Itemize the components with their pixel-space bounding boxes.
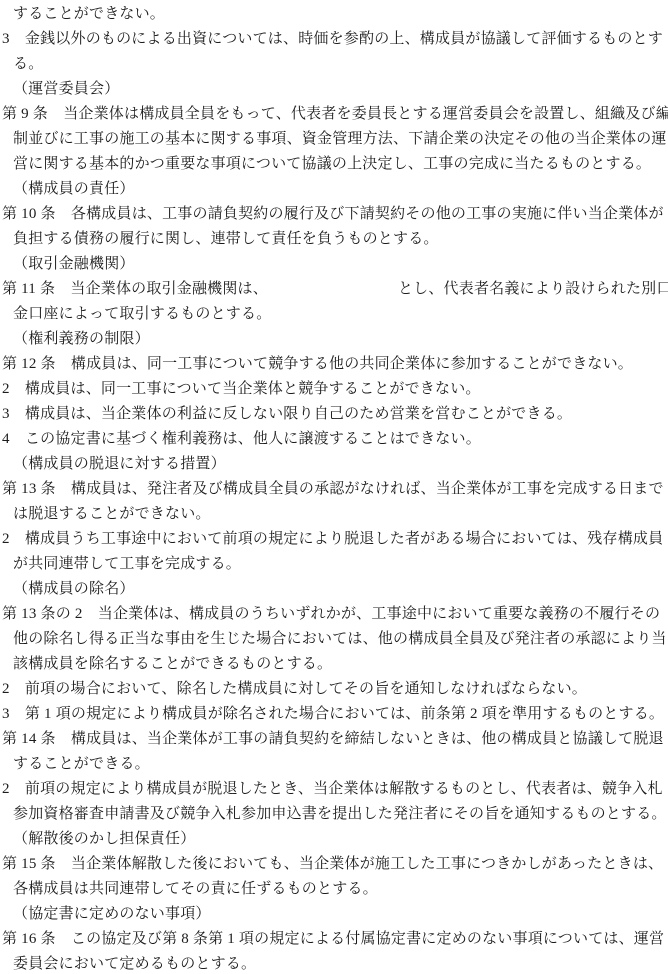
paragraph-line: 2 構成員うち工事途中において前項の規定により脱退した者がある場合においては、残…	[2, 527, 668, 552]
article-caption-line: （構成員の責任）	[13, 177, 668, 202]
paragraph-line: 3 構成員は、当企業体の利益に反しない限り自己のため営業を営むことができる。	[2, 402, 668, 427]
article-line: 第 16 条 この協定及び第 8 条第 1 項の規定による付属協定書に定めのない…	[2, 927, 668, 952]
document-page: することができない。3 金銭以外のものによる出資については、時価を参酌の上、構成…	[0, 0, 668, 974]
article-line: 第 13 条 構成員は、発注者及び構成員全員の承認がなければ、当企業体が工事を完…	[2, 477, 668, 502]
article-line: 第 13 条の 2 当企業体は、構成員のうちいずれかが、工事途中において重要な義…	[2, 602, 668, 627]
continuation-line: 金口座によって取引するものとする。	[13, 302, 668, 327]
continuation-line: 参加資格審査申請書及び競争入札参加申込書を提出した発注者にその旨を通知するものと…	[13, 802, 668, 827]
paragraph-line: 2 前項の規定により構成員が脱退したとき、当企業体は解散するものとし、代表者は、…	[2, 777, 668, 802]
article-caption-line: （構成員の脱退に対する措置）	[13, 452, 668, 477]
fill-in-blank-space	[268, 292, 398, 293]
article-line: 第 12 条 構成員は、同一工事について競争する他の共同企業体に参加することがで…	[2, 352, 668, 377]
article-caption-line: （取引金融機関）	[13, 252, 668, 277]
article-caption-line: （解散後のかし担保責任）	[13, 827, 668, 852]
document-body: することができない。3 金銭以外のものによる出資については、時価を参酌の上、構成…	[2, 2, 668, 974]
continuation-line: することができない。	[13, 2, 668, 27]
continuation-line: が共同連帯して工事を完成する。	[13, 552, 668, 577]
article-line: 第 14 条 構成員は、当企業体が工事の請負契約を締結しないときは、他の構成員と…	[2, 727, 668, 752]
continuation-line: 該構成員を除名することができるものとする。	[13, 652, 668, 677]
continuation-line: 制並びに工事の施工の基本に関する事項、資金管理方法、下請企業の決定その他の当企業…	[13, 127, 668, 152]
article-line: 第 15 条 当企業体解散した後においても、当企業体が施工した工事につきかしがあ…	[2, 852, 668, 877]
article-caption-line: （権利義務の制限）	[13, 327, 668, 352]
line-text: 第 11 条 当企業体の取引金融機関は、	[2, 281, 268, 297]
paragraph-line: 3 第 1 項の規定により構成員が除名された場合においては、前条第 2 項を準用…	[2, 702, 668, 727]
article-line: 第 9 条 当企業体は構成員全員をもって、代表者を委員長とする運営委員会を設置し…	[2, 102, 668, 127]
continuation-line: 委員会において定めるものとする。	[13, 952, 668, 974]
continuation-line: 営に関する基本的かつ重要な事項について協議の上決定し、工事の完成に当たるものとす…	[13, 152, 668, 177]
continuation-line: 各構成員は共同連帯してその責に任ずるものとする。	[13, 877, 668, 902]
article-caption-line: （運営委員会）	[13, 77, 668, 102]
article-line: 第 10 条 各構成員は、工事の請負契約の履行及び下請契約その他の工事の実施に伴…	[2, 202, 668, 227]
paragraph-line: 3 金銭以外のものによる出資については、時価を参酌の上、構成員が協議して評価する…	[2, 27, 668, 52]
continuation-line: 負担する債務の履行に関し、連帯して責任を負うものとする。	[13, 227, 668, 252]
article-caption-line: （構成員の除名）	[13, 577, 668, 602]
paragraph-line: 4 この協定書に基づく権利義務は、他人に譲渡することはできない。	[2, 427, 668, 452]
continuation-line: することができる。	[13, 752, 668, 777]
continuation-line: 他の除名し得る正当な事由を生じた場合においては、他の構成員全員及び発注者の承認に…	[13, 627, 668, 652]
article-caption-line: （協定書に定めのない事項）	[13, 902, 668, 927]
line-text: とし、代表者名義により設けられた別口預	[398, 281, 668, 297]
continuation-line: は脱退することができない。	[13, 502, 668, 527]
paragraph-line: 2 構成員は、同一工事について当企業体と競争することができない。	[2, 377, 668, 402]
continuation-line: る。	[13, 52, 668, 77]
paragraph-line: 2 前項の場合において、除名した構成員に対してその旨を通知しなければならない。	[2, 677, 668, 702]
article-line: 第 11 条 当企業体の取引金融機関は、とし、代表者名義により設けられた別口預	[2, 277, 668, 302]
